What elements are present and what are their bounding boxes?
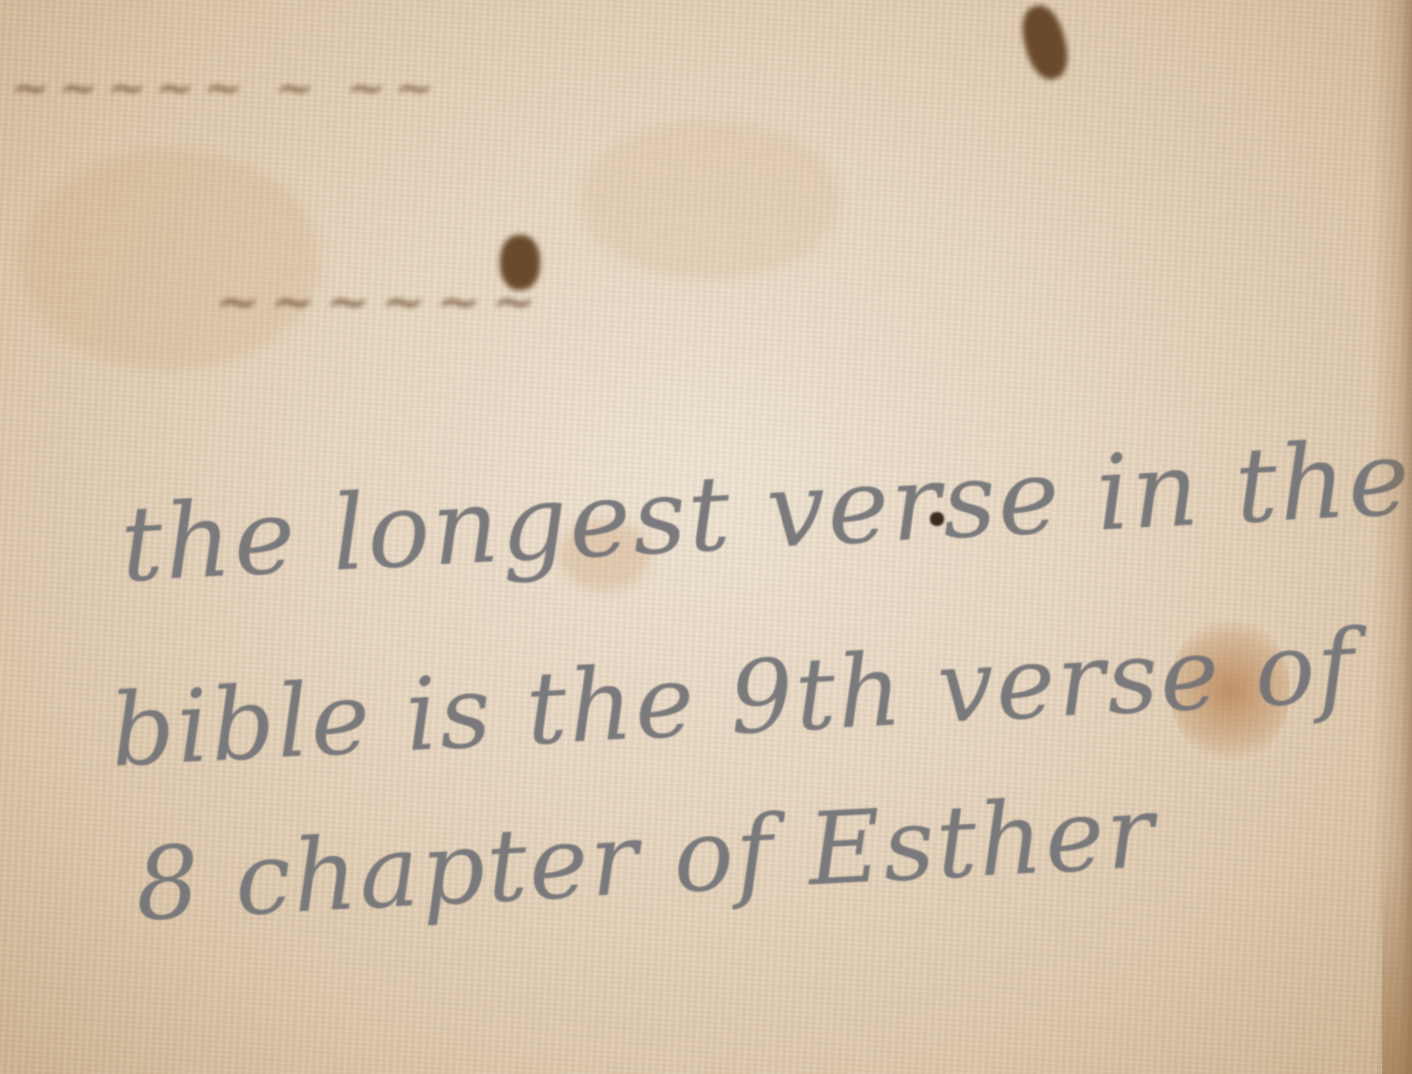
faded-ink-line-2: ~~~~~~ [215,270,546,333]
foxing-spot [20,150,320,370]
page-edge-shadow [1382,854,1412,1074]
foxing-spot [580,120,840,280]
ink-mark [500,235,540,290]
photograph: ~~~~~ ~ ~~ ~~~~~~ the longest verse in t… [0,0,1412,1074]
faded-ink-line-1: ~~~~~ ~ ~~ [10,60,442,116]
ink-dot [930,512,944,526]
